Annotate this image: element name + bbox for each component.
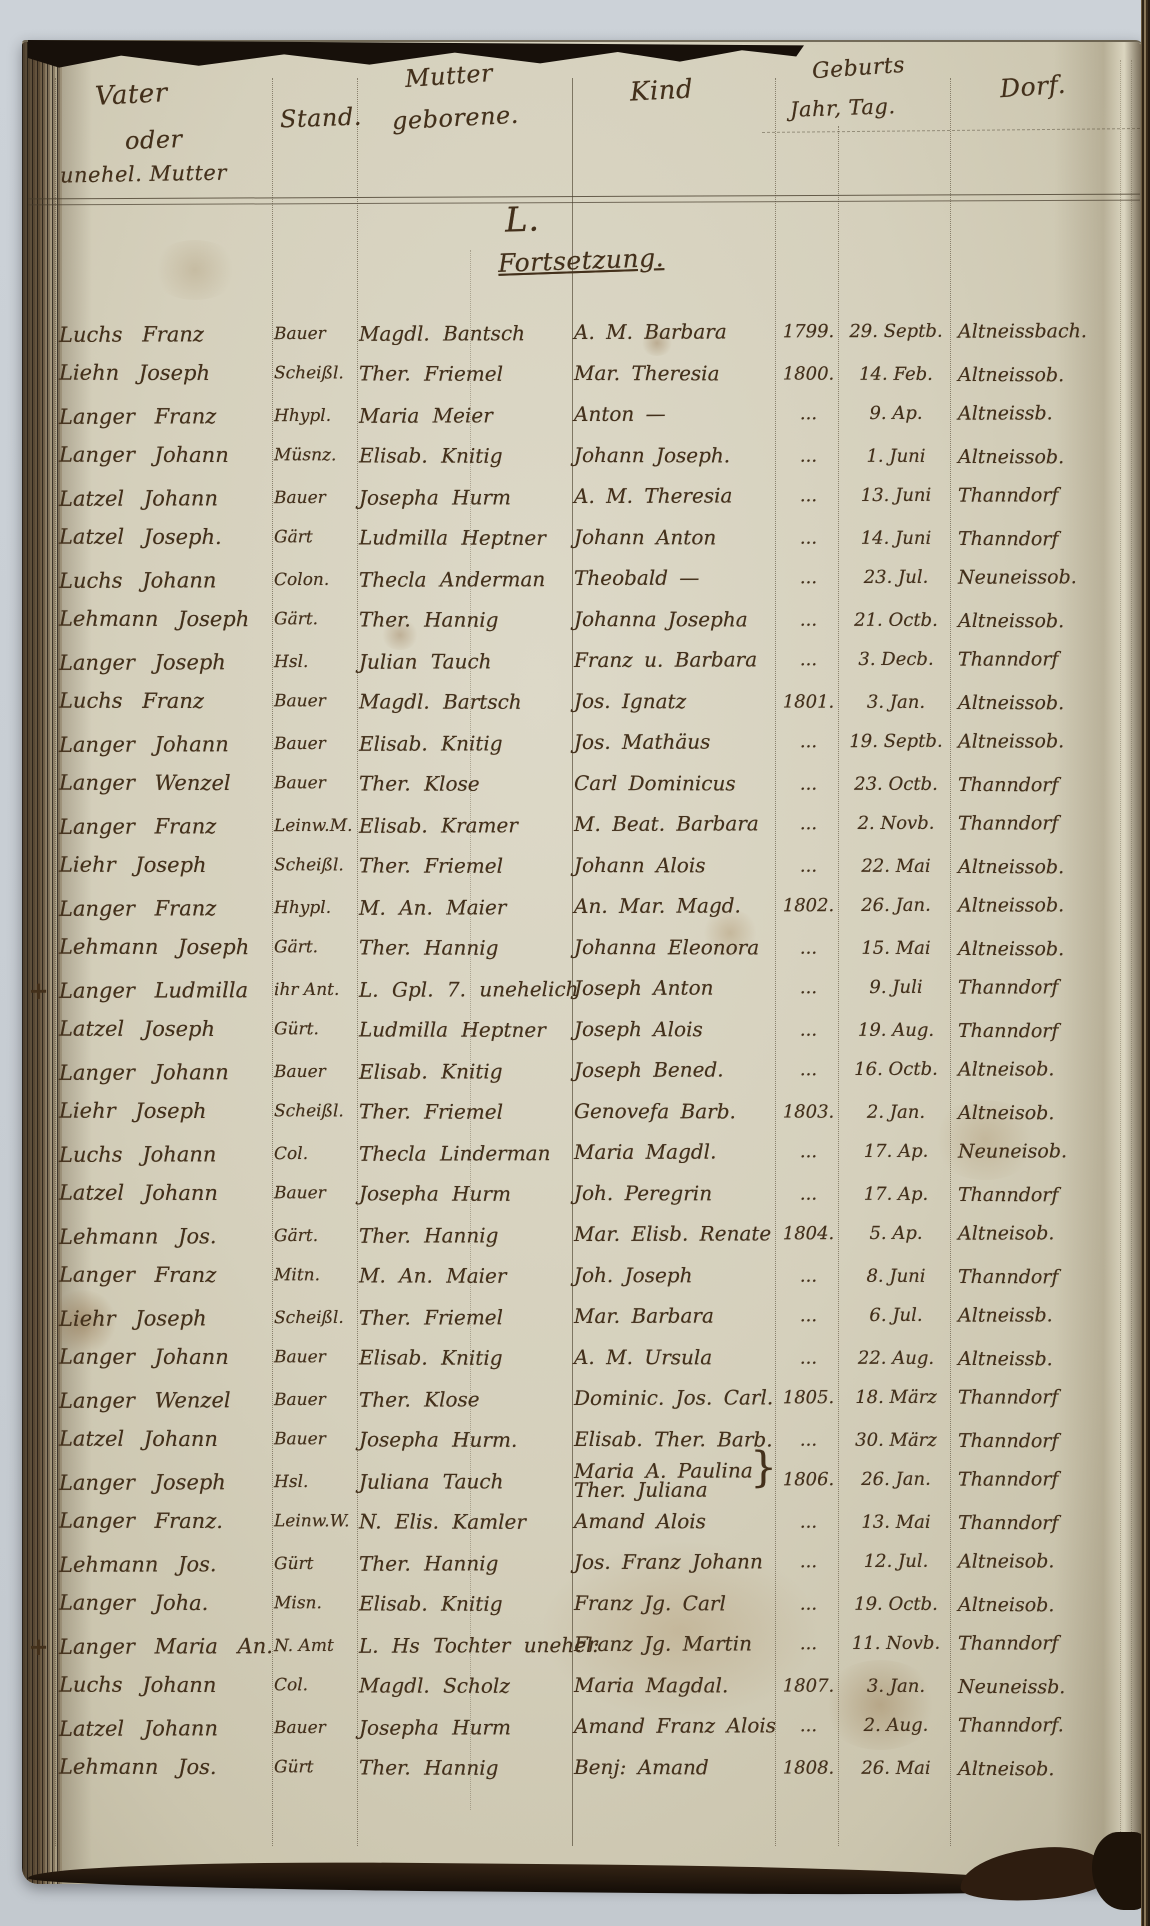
- table-row: +Langer Maria An.N. AmtL. Hs Tochter une…: [22, 1622, 1142, 1667]
- cell-day: 26. Jan.: [840, 895, 952, 916]
- cell-year: ...: [777, 528, 840, 549]
- cell-father: Liehr Joseph: [55, 852, 274, 877]
- header-father-line3: unehel. Mutter: [60, 161, 227, 188]
- cell-mother: Thecla Anderman: [359, 567, 574, 592]
- table-row: Langer FranzHhypl.Maria MeierAnton —...9…: [22, 392, 1142, 437]
- cell-year: 1807.: [777, 1676, 840, 1697]
- cell-father: Langer Franz.: [55, 1508, 274, 1533]
- table-row: Lehmann Jos.GürtTher. HannigBenj: Amand1…: [22, 1746, 1142, 1790]
- cell-village: Altneisob.: [952, 1101, 1142, 1123]
- cell-child: Elisab. Ther. Barb.: [574, 1430, 777, 1450]
- cell-mother: N. Elis. Kamler: [359, 1509, 574, 1534]
- cell-day: 23. Octb.: [840, 774, 952, 795]
- cell-year: 1799.: [777, 321, 840, 342]
- cell-father: Langer Franz: [55, 404, 274, 429]
- cell-year: ...: [777, 1141, 840, 1162]
- cell-day: 22. Mai: [840, 856, 952, 877]
- cell-mother: Maria Meier: [359, 403, 574, 428]
- cell-mother: Elisab. Knitig: [359, 1059, 574, 1084]
- cell-child: Maria Magdal.: [574, 1676, 777, 1696]
- cell-day: 13. Mai: [840, 1512, 952, 1533]
- cell-father: Langer Joha.: [55, 1590, 274, 1615]
- cell-day: 17. Ap.: [840, 1141, 952, 1162]
- cell-child: Franz Jg. Martin: [574, 1634, 777, 1654]
- cell-child: Theobald —: [574, 568, 777, 588]
- table-row: Latzel Joseph.GärtLudmilla HeptnerJohann…: [22, 516, 1142, 560]
- cell-child: Johann Alois: [574, 856, 777, 876]
- cell-day: 8. Juni: [840, 1266, 952, 1287]
- cell-day: 2. Novb.: [840, 813, 952, 834]
- cell-father: Liehn Joseph: [55, 360, 274, 385]
- cell-stand: N. Amt: [274, 1635, 359, 1655]
- table-row: Latzel JosephGürt.Ludmilla HeptnerJoseph…: [22, 1008, 1142, 1052]
- cell-year: ...: [777, 1184, 840, 1205]
- cell-father: Luchs Johann: [55, 568, 274, 593]
- cell-day: 3. Jan.: [840, 1676, 952, 1697]
- cell-child: Jos. Ignatz: [574, 692, 777, 712]
- table-row: Langer FranzHhypl.M. An. MaierAn. Mar. M…: [22, 884, 1142, 929]
- table-row: Liehr JosephScheißl.Ther. FriemelMar. Ba…: [22, 1294, 1142, 1339]
- cell-day: 14. Feb.: [840, 364, 952, 385]
- cell-day: 22. Aug.: [840, 1348, 952, 1369]
- cell-cross: +: [22, 976, 55, 1005]
- cell-year: ...: [777, 610, 840, 631]
- cell-day: 19. Septb.: [840, 731, 952, 752]
- cell-stand: Gärt.: [274, 609, 359, 629]
- cell-day: 19. Aug.: [840, 1020, 952, 1041]
- header-stand: Stand.: [280, 103, 363, 134]
- cell-village: Altneissob.: [952, 730, 1142, 753]
- cell-mother: Ther. Hannig: [359, 935, 574, 960]
- cell-child: Benj: Amand: [574, 1758, 777, 1778]
- cell-mother: Josepha Hurm: [359, 485, 574, 510]
- cell-village: Thanndorf: [952, 1386, 1142, 1409]
- cell-year: ...: [777, 813, 840, 834]
- cell-stand: Scheißl.: [274, 1307, 359, 1327]
- cell-day: 17. Ap.: [840, 1184, 952, 1205]
- cell-village: Altneissob.: [952, 937, 1142, 959]
- cell-day: 23. Jul.: [840, 567, 952, 588]
- cell-day: 13. Juni: [840, 485, 952, 506]
- cell-day: 3. Jan.: [840, 692, 952, 713]
- cell-child: Johann Anton: [574, 528, 777, 548]
- cell-stand: Leinw.W.: [274, 1511, 359, 1531]
- table-row: Lehmann Jos.Gärt.Ther. HannigMar. Elisb.…: [22, 1212, 1142, 1257]
- cell-father: Langer Ludmilla: [55, 978, 274, 1003]
- table-row: Langer FranzLeinw.M.Elisab. KramerM. Bea…: [22, 802, 1142, 847]
- cell-year: ...: [777, 1512, 840, 1533]
- cell-father: Langer Joseph: [55, 650, 274, 675]
- table-row: Lehmann Jos.GürtTher. HannigJos. Franz J…: [22, 1540, 1142, 1585]
- table-row: Langer FranzMitn.M. An. MaierJoh. Joseph…: [22, 1254, 1142, 1298]
- cell-day: 5. Ap.: [840, 1223, 952, 1244]
- table-row: Lehmann JosephGärt.Ther. HannigJohanna E…: [22, 926, 1142, 970]
- cell-mother: Ther. Hannig: [359, 1551, 574, 1576]
- twin-brace: }: [750, 1457, 777, 1476]
- cell-village: Thanndorf: [952, 976, 1142, 999]
- cell-mother: Ludmilla Heptner: [359, 1017, 574, 1042]
- cell-child: Maria Magdl.: [574, 1142, 777, 1162]
- cell-child: M. Beat. Barbara: [574, 814, 777, 834]
- cell-father: Lehmann Jos.: [55, 1754, 274, 1779]
- cell-stand: Hsl.: [274, 1471, 359, 1491]
- cell-stand: Hhypl.: [274, 897, 359, 917]
- cell-mother: Ther. Friemel: [359, 361, 574, 386]
- cell-day: 29. Septb.: [840, 321, 952, 342]
- cell-stand: Scheißl.: [274, 363, 359, 383]
- cell-stand: ihr Ant.: [274, 979, 359, 999]
- cell-day: 18. März: [840, 1387, 952, 1408]
- table-row: Luchs FranzBauerMagdl. BartschJos. Ignat…: [22, 680, 1142, 724]
- dark-bottom-edge: [28, 1860, 1048, 1897]
- cell-village: Neuneissob.: [952, 566, 1142, 589]
- cell-father: Langer Wenzel: [55, 770, 274, 795]
- cell-stand: Bauer: [274, 773, 359, 793]
- cell-year: ...: [777, 731, 840, 752]
- cell-day: 6. Jul.: [840, 1305, 952, 1326]
- cell-day: 19. Octb.: [840, 1594, 952, 1615]
- cell-father: Lehmann Jos.: [55, 1224, 274, 1249]
- cell-mother: Magdl. Scholz: [359, 1673, 574, 1698]
- cell-mother: Elisab. Knitig: [359, 1345, 574, 1370]
- cell-stand: Bauer: [274, 487, 359, 507]
- cell-father: Liehr Joseph: [55, 1098, 274, 1123]
- cell-village: Altneisob.: [952, 1757, 1142, 1779]
- cell-mother: Thecla Linderman: [359, 1141, 574, 1166]
- cell-child: Jos. Mathäus: [574, 732, 777, 752]
- cell-child: Joh. Joseph: [574, 1266, 777, 1286]
- cell-day: 3. Decb.: [840, 649, 952, 670]
- cell-child: Mar. Elisb. Renate: [574, 1224, 777, 1244]
- cell-father: Langer Maria An.: [55, 1634, 274, 1659]
- cell-year: 1800.: [777, 364, 840, 385]
- cell-child: Joseph Anton: [574, 978, 777, 998]
- header-birth-line2: Jahr, Tag.: [790, 94, 896, 122]
- table-row: +Langer Ludmillaihr Ant.L. Gpl. 7. unehe…: [22, 966, 1142, 1011]
- cell-stand: Bauer: [274, 1429, 359, 1449]
- cell-year: ...: [777, 977, 840, 998]
- cell-mother: Magdl. Bartsch: [359, 689, 574, 714]
- table-row: Luchs JohannColon.Thecla AndermanTheobal…: [22, 556, 1142, 601]
- table-row: Luchs JohannCol.Thecla LindermanMaria Ma…: [22, 1130, 1142, 1175]
- cell-stand: Bauer: [274, 1061, 359, 1081]
- cell-village: Altneisob.: [952, 1550, 1142, 1573]
- cell-year: ...: [777, 446, 840, 467]
- cell-village: Thanndorf: [952, 1019, 1142, 1041]
- cell-day: 21. Octb.: [840, 610, 952, 631]
- next-page-edge: [1141, 0, 1150, 1926]
- cell-year: ...: [777, 649, 840, 670]
- cell-stand: Gürt: [274, 1757, 359, 1777]
- cell-year: ...: [777, 1305, 840, 1326]
- cell-mother: L. Hs Tochter unehel:: [359, 1633, 574, 1658]
- cell-village: Thanndorf: [952, 527, 1142, 549]
- section-letter: L.: [504, 199, 540, 240]
- register-photo: Vater oder unehel. Mutter Stand. Mutter …: [0, 0, 1150, 1926]
- cell-child: Joseph Alois: [574, 1020, 777, 1040]
- cell-day: 2. Aug.: [840, 1715, 952, 1736]
- cell-father: Lehmann Joseph: [55, 606, 274, 631]
- cell-village: Altneissob.: [952, 445, 1142, 467]
- cell-year: ...: [777, 1430, 840, 1451]
- table-row: Langer JohannBauerElisab. KnitigJoseph B…: [22, 1048, 1142, 1093]
- header-father-line2: oder: [125, 125, 183, 155]
- cell-year: 1803.: [777, 1102, 840, 1123]
- cell-village: Altneissob.: [952, 691, 1142, 713]
- section-title: Fortsetzung.: [498, 243, 665, 278]
- header-child: Kind: [629, 74, 694, 107]
- cell-father: Langer Johann: [55, 1344, 274, 1369]
- cell-mother: Josepha Hurm: [359, 1715, 574, 1740]
- cell-father: Latzel Johann: [55, 1716, 274, 1741]
- cell-mother: Elisab. Knitig: [359, 731, 574, 756]
- table-row: Langer JosephHsl.Julian TauchFranz u. Ba…: [22, 638, 1142, 683]
- cell-village: Altneissob.: [952, 855, 1142, 877]
- cell-year: 1801.: [777, 692, 840, 713]
- header-village: Dorf.: [999, 70, 1067, 104]
- table-row: Langer JohannBauerElisab. KnitigA. M. Ur…: [22, 1336, 1142, 1380]
- table-row: Lehmann JosephGärt.Ther. HannigJohanna J…: [22, 598, 1142, 642]
- cell-mother: Julian Tauch: [359, 649, 574, 674]
- cell-year: 1808.: [777, 1758, 840, 1779]
- table-row: Langer Joha.Misn.Elisab. KnitigFranz Jg.…: [22, 1582, 1142, 1626]
- table-row: Luchs FranzBauerMagdl. BantschA. M. Barb…: [22, 310, 1142, 355]
- cell-year: 1805.: [777, 1387, 840, 1408]
- cell-stand: Gürt: [274, 1553, 359, 1573]
- cell-father: Langer Wenzel: [55, 1388, 274, 1413]
- cell-father: Latzel Johann: [55, 486, 274, 511]
- cell-mother: Juliana Tauch: [359, 1469, 574, 1494]
- table-row: Langer JohannMüsnz.Elisab. KnitigJohann …: [22, 434, 1142, 478]
- cell-stand: Hsl.: [274, 651, 359, 671]
- cell-year: ...: [777, 1020, 840, 1041]
- cell-year: ...: [777, 567, 840, 588]
- cell-mother: L. Gpl. 7. unehelich: [359, 977, 574, 1002]
- cell-cross: +: [22, 1632, 55, 1661]
- cell-village: Thanndorf.: [952, 1714, 1142, 1737]
- cell-mother: Ther. Klose: [359, 1387, 574, 1412]
- cell-year: ...: [777, 485, 840, 506]
- cell-village: Altneissob.: [952, 609, 1142, 631]
- cell-father: Langer Joseph: [55, 1470, 274, 1495]
- cell-stand: Bauer: [274, 691, 359, 711]
- table-row: Langer JohannBauerElisab. KnitigJos. Mat…: [22, 720, 1142, 765]
- cell-mother: Ther. Hannig: [359, 1223, 574, 1248]
- cell-child: A. M. Ursula: [574, 1348, 777, 1368]
- table-row: Latzel JohannBauerJosepha HurmA. M. Ther…: [22, 474, 1142, 519]
- cell-child: Franz Jg. Carl: [574, 1594, 777, 1614]
- cell-village: Altneissb.: [952, 1304, 1142, 1327]
- cell-father: Langer Franz: [55, 1262, 274, 1287]
- cell-child: A. M. Theresia: [574, 486, 777, 506]
- cell-child: An. Mar. Magd.: [574, 896, 777, 916]
- cell-child: Franz u. Barbara: [574, 650, 777, 670]
- cell-stand: Gürt.: [274, 1019, 359, 1039]
- cell-mother: Josepha Hurm: [359, 1181, 574, 1206]
- cell-child: Joh. Peregrin: [574, 1184, 777, 1204]
- cell-year: 1806.: [777, 1469, 840, 1490]
- cell-year: ...: [777, 1059, 840, 1080]
- cell-stand: Leinw.M.: [274, 815, 359, 835]
- cell-stand: Bauer: [274, 733, 359, 753]
- cell-stand: Bauer: [274, 323, 359, 343]
- cell-child: Johanna Josepha: [574, 610, 777, 630]
- cell-mother: Ther. Klose: [359, 771, 574, 796]
- cell-stand: Col.: [274, 1675, 359, 1695]
- table-row: Langer JosephHsl.Juliana TauchMaria A. P…: [22, 1458, 1142, 1503]
- cell-stand: Bauer: [274, 1183, 359, 1203]
- cell-stand: Bauer: [274, 1347, 359, 1367]
- cell-father: Liehr Joseph: [55, 1306, 274, 1331]
- cell-father: Latzel Johann: [55, 1180, 274, 1205]
- cell-mother: M. An. Maier: [359, 1263, 574, 1288]
- cell-mother: M. An. Maier: [359, 895, 574, 920]
- cell-day: 14. Juni: [840, 528, 952, 549]
- cell-village: Thanndorf: [952, 1429, 1142, 1451]
- cell-child: Mar. Barbara: [574, 1306, 777, 1326]
- table-row: Langer WenzelBauerTher. KloseDominic. Jo…: [22, 1376, 1142, 1421]
- cell-day: 26. Jan.: [840, 1469, 952, 1490]
- cell-day: 30. März: [840, 1430, 952, 1451]
- cell-mother: Ludmilla Heptner: [359, 525, 574, 550]
- cell-child: A. M. Barbara: [574, 322, 777, 342]
- cell-child: Anton —: [574, 404, 777, 424]
- cell-year: ...: [777, 1348, 840, 1369]
- cell-mother: Ther. Hannig: [359, 1755, 574, 1780]
- cell-stand: Gärt: [274, 527, 359, 547]
- cell-stand: Scheißl.: [274, 1101, 359, 1121]
- cell-mother: Josepha Hurm.: [359, 1427, 574, 1452]
- cell-village: Altneissb.: [952, 402, 1142, 425]
- cell-village: Altneissob.: [952, 363, 1142, 385]
- cell-child: Dominic. Jos. Carl.: [574, 1388, 777, 1408]
- cell-father: Langer Franz: [55, 814, 274, 839]
- cell-stand: Gärt.: [274, 937, 359, 957]
- table-row: Langer Franz.Leinw.W.N. Elis. KamlerAman…: [22, 1500, 1142, 1544]
- cell-day: 1. Juni: [840, 446, 952, 467]
- cell-mother: Elisab. Knitig: [359, 1591, 574, 1616]
- cell-day: 9. Juli: [840, 977, 952, 998]
- cell-day: 16. Octb.: [840, 1059, 952, 1080]
- cell-year: ...: [777, 1594, 840, 1615]
- cell-child: Jos. Franz Johann: [574, 1552, 777, 1572]
- cell-stand: Col.: [274, 1143, 359, 1163]
- cell-village: Altneissbach.: [952, 320, 1142, 343]
- cell-child: Carl Dominicus: [574, 774, 777, 794]
- cell-mother: Elisab. Kramer: [359, 813, 574, 838]
- table-row: Liehn JosephScheißl.Ther. FriemelMar. Th…: [22, 352, 1142, 396]
- cell-stand: Bauer: [274, 1389, 359, 1409]
- cell-village: Thanndorf: [952, 1632, 1142, 1655]
- cell-village: Altneisob.: [952, 1593, 1142, 1615]
- table-row: Liehr JosephScheißl.Ther. FriemelJohann …: [22, 844, 1142, 888]
- cell-village: Neuneisob.: [952, 1140, 1142, 1163]
- cell-father: Lehmann Jos.: [55, 1552, 274, 1577]
- cell-father: Latzel Johann: [55, 1426, 274, 1451]
- cell-stand: Misn.: [274, 1593, 359, 1613]
- table-row: Liehr JosephScheißl.Ther. FriemelGenovef…: [22, 1090, 1142, 1134]
- cell-father: Lehmann Joseph: [55, 934, 274, 959]
- cell-father: Luchs Johann: [55, 1672, 274, 1697]
- cell-day: 12. Jul.: [840, 1551, 952, 1572]
- cell-village: Thanndorf: [952, 1468, 1142, 1491]
- cell-year: ...: [777, 1266, 840, 1287]
- cell-stand: Müsnz.: [274, 445, 359, 465]
- cell-mother: Elisab. Knitig: [359, 443, 574, 468]
- cell-mother: Ther. Friemel: [359, 853, 574, 878]
- cell-stand: Gärt.: [274, 1225, 359, 1245]
- cell-mother: Ther. Friemel: [359, 1099, 574, 1124]
- cell-child: Amand Alois: [574, 1512, 777, 1532]
- cell-village: Thanndorf: [952, 1511, 1142, 1533]
- cell-father: Latzel Joseph.: [55, 524, 274, 549]
- table-row: Latzel JohannBauerJosepha HurmAmand Fran…: [22, 1704, 1142, 1749]
- cell-village: Altneissb.: [952, 1347, 1142, 1369]
- cell-child: Johann Joseph.: [574, 446, 777, 466]
- cell-father: Langer Franz: [55, 896, 274, 921]
- table-row: Latzel JohannBauerJosepha Hurm.Elisab. T…: [22, 1418, 1142, 1462]
- cell-stand: Mitn.: [274, 1265, 359, 1285]
- cell-village: Thanndorf: [952, 812, 1142, 835]
- cell-stand: Colon.: [274, 569, 359, 589]
- cell-village: Thanndorf: [952, 773, 1142, 795]
- header-father-line1: Vater: [94, 78, 168, 112]
- cell-year: ...: [777, 1715, 840, 1736]
- cell-mother: Ther. Hannig: [359, 607, 574, 632]
- cell-child: Maria A. Paulina Ther. Juliana}: [574, 1461, 777, 1500]
- cell-village: Altneissob.: [952, 894, 1142, 917]
- cell-stand: Hhypl.: [274, 405, 359, 425]
- cell-year: 1802.: [777, 895, 840, 916]
- cell-stand: Bauer: [274, 1717, 359, 1737]
- cell-village: Thanndorf: [952, 484, 1142, 507]
- cell-stand: Scheißl.: [274, 855, 359, 875]
- cell-year: ...: [777, 856, 840, 877]
- cell-village: Altneisob.: [952, 1222, 1142, 1245]
- cell-village: Thanndorf: [952, 648, 1142, 671]
- cell-child: Joseph Bened.: [574, 1060, 777, 1080]
- cell-child: Johanna Eleonora: [574, 938, 777, 958]
- cell-day: 15. Mai: [840, 938, 952, 959]
- cell-year: ...: [777, 1633, 840, 1654]
- cell-village: Altneisob.: [952, 1058, 1142, 1081]
- cell-father: Langer Johann: [55, 442, 274, 467]
- table-row: Langer WenzelBauerTher. KloseCarl Domini…: [22, 762, 1142, 806]
- cell-father: Luchs Johann: [55, 1142, 274, 1167]
- cell-year: ...: [777, 1551, 840, 1572]
- cell-father: Langer Johann: [55, 1060, 274, 1085]
- cell-father: Langer Johann: [55, 732, 274, 757]
- cell-father: Luchs Franz: [55, 688, 274, 713]
- cell-village: Thanndorf: [952, 1183, 1142, 1205]
- cell-mother: Ther. Friemel: [359, 1305, 574, 1330]
- cell-child: Mar. Theresia: [574, 364, 777, 384]
- table-row: Luchs JohannCol.Magdl. ScholzMaria Magda…: [22, 1664, 1142, 1708]
- cell-child: Amand Franz Alois: [574, 1716, 777, 1736]
- table-row: Latzel JohannBauerJosepha HurmJoh. Pereg…: [22, 1172, 1142, 1216]
- cell-year: ...: [777, 938, 840, 959]
- cell-village: Thanndorf: [952, 1265, 1142, 1287]
- cell-mother: Magdl. Bantsch: [359, 321, 574, 346]
- cell-father: Luchs Franz: [55, 322, 274, 347]
- cell-father: Latzel Joseph: [55, 1016, 274, 1041]
- cell-child: Genovefa Barb.: [574, 1102, 777, 1122]
- register-rows: Luchs FranzBauerMagdl. BantschA. M. Barb…: [22, 312, 1142, 1788]
- cell-day: 9. Ap.: [840, 403, 952, 424]
- cell-day: 11. Novb.: [840, 1633, 952, 1654]
- cell-day: 26. Mai: [840, 1758, 952, 1779]
- cell-year: 1804.: [777, 1223, 840, 1244]
